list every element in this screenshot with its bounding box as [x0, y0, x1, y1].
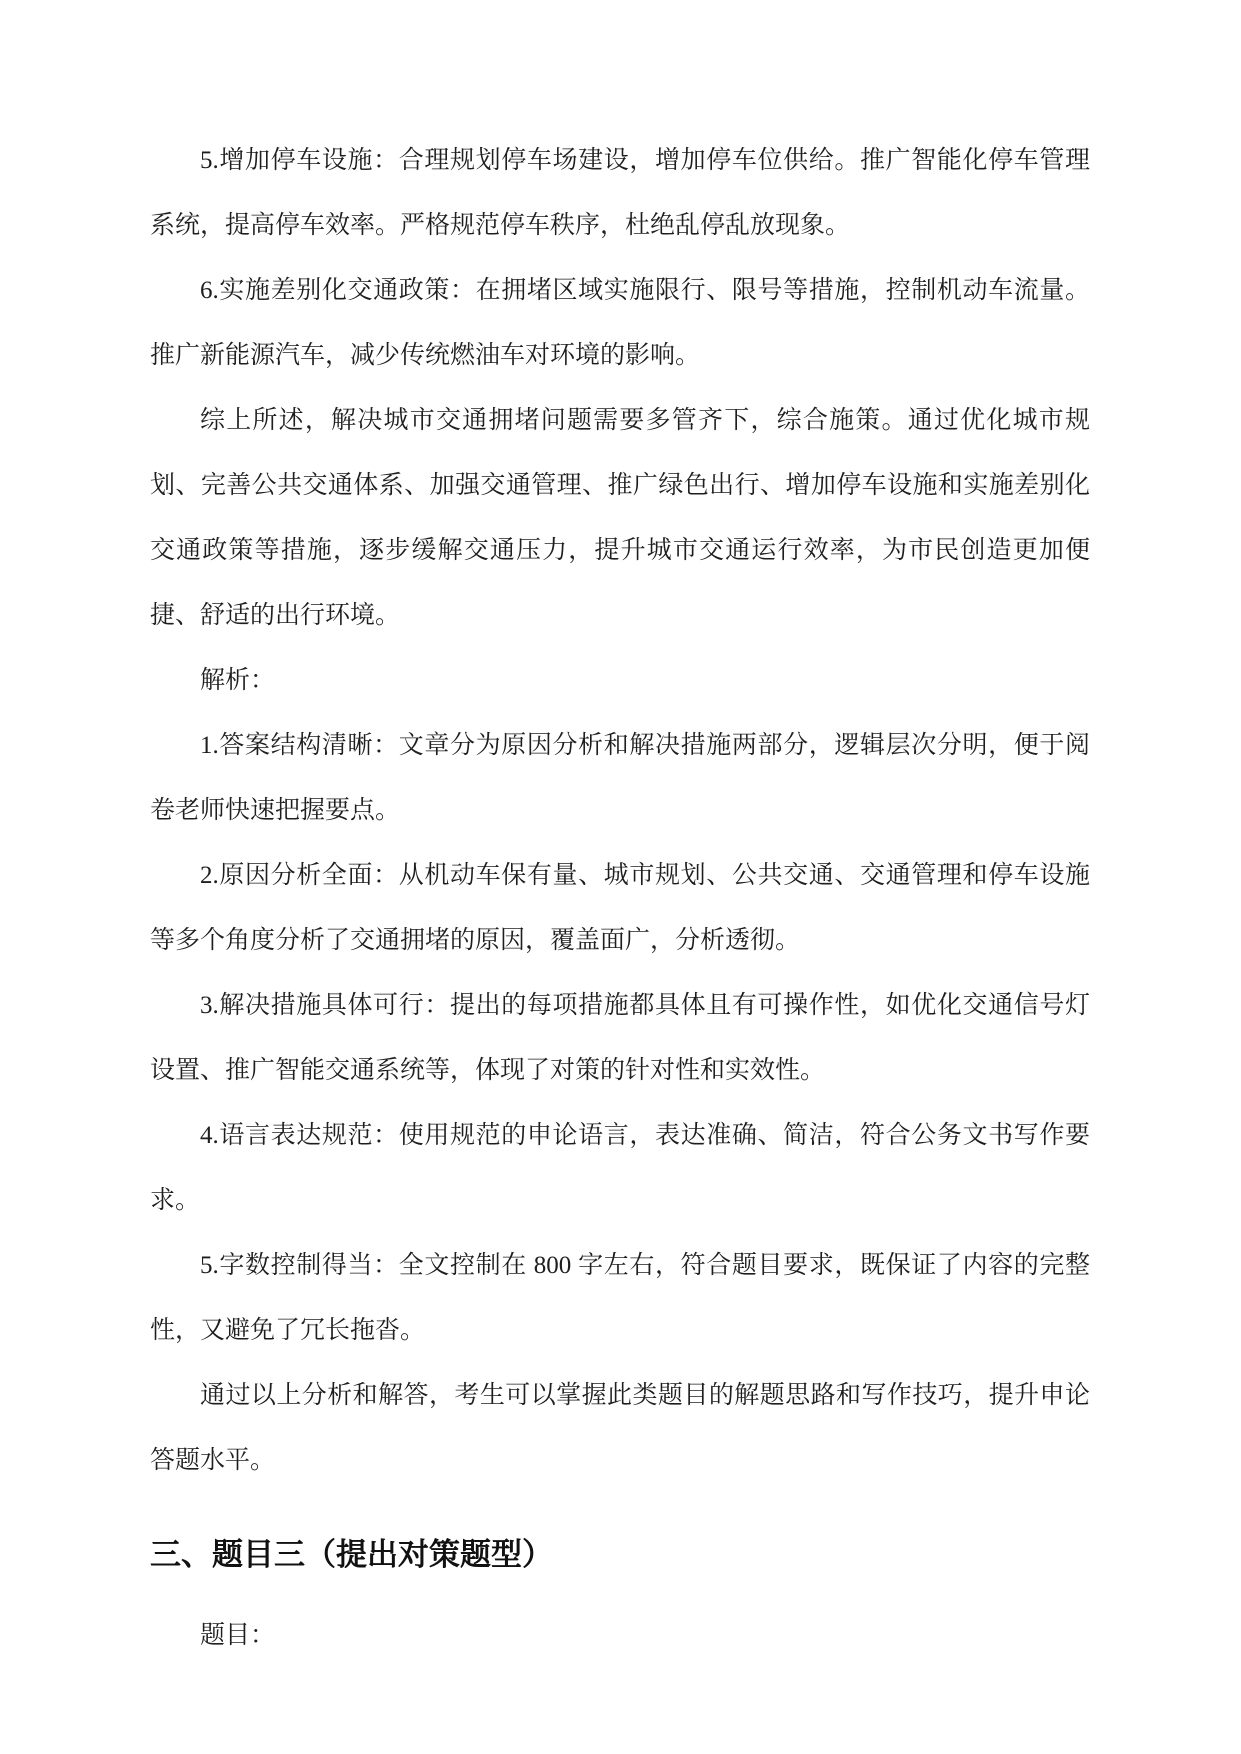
paragraph-analysis-point-3-measures: 3.解决措施具体可行：提出的每项措施都具体且有可操作性，如优化交通信号灯设置、推…	[150, 973, 1090, 1103]
paragraph-analysis-label: 解析：	[150, 648, 1090, 713]
paragraph-analysis-point-5-word-count: 5.字数控制得当：全文控制在 800 字左右，符合题目要求，既保证了内容的完整性…	[150, 1233, 1090, 1363]
paragraph-question-label: 题目：	[150, 1603, 1090, 1668]
section-heading-question-three: 三、题目三（提出对策题型）	[150, 1535, 1090, 1575]
paragraph-analysis-point-1-structure: 1.答案结构清晰：文章分为原因分析和解决措施两部分，逻辑层次分明，便于阅卷老师快…	[150, 713, 1090, 843]
paragraph-summary-conclusion: 综上所述，解决城市交通拥堵问题需要多管齐下，综合施策。通过优化城市规划、完善公共…	[150, 388, 1090, 648]
paragraph-closing-remark: 通过以上分析和解答，考生可以掌握此类题目的解题思路和写作技巧，提升申论答题水平。	[150, 1363, 1090, 1493]
paragraph-analysis-point-2-causes: 2.原因分析全面：从机动车保有量、城市规划、公共交通、交通管理和停车设施等多个角…	[150, 843, 1090, 973]
paragraph-measure-6-differentiated-policy: 6.实施差别化交通政策：在拥堵区域实施限行、限号等措施，控制机动车流量。推广新能…	[150, 258, 1090, 388]
paragraph-measure-5-parking-facilities: 5.增加停车设施：合理规划停车场建设，增加停车位供给。推广智能化停车管理系统，提…	[150, 128, 1090, 258]
document-page: 5.增加停车设施：合理规划停车场建设，增加停车位供给。推广智能化停车管理系统，提…	[0, 0, 1241, 1754]
paragraph-analysis-point-4-language: 4.语言表达规范：使用规范的申论语言，表达准确、简洁，符合公务文书写作要求。	[150, 1103, 1090, 1233]
